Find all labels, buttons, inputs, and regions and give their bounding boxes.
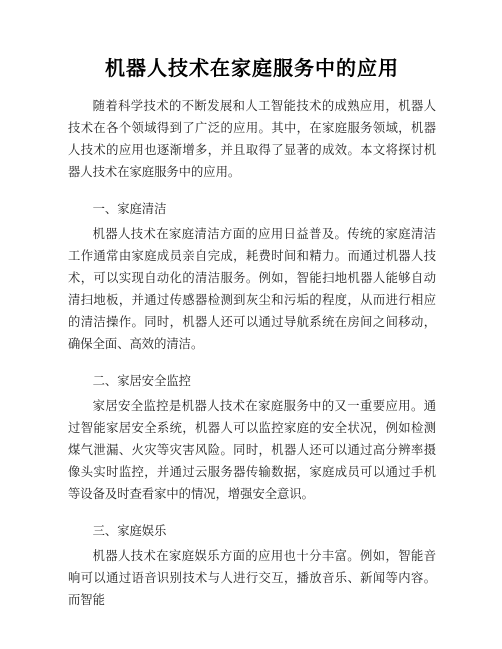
section-heading-3: 三、家庭娱乐 xyxy=(68,520,436,542)
intro-paragraph: 随着科学技术的不断发展和人工智能技术的成熟应用，机器人技术在各个领域得到了广泛的… xyxy=(68,95,436,183)
section-body-2: 家居安全监控是机器人技术在家庭服务中的又一重要应用。通过智能家居安全系统，机器人… xyxy=(68,395,436,505)
section-heading-2: 二、家居安全监控 xyxy=(68,370,436,392)
document-page: 机器人技术在家庭服务中的应用 随着科学技术的不断发展和人工智能技术的成熟应用，机… xyxy=(0,0,502,649)
document-title: 机器人技术在家庭服务中的应用 xyxy=(68,57,436,82)
section-heading-1: 一、家庭清洁 xyxy=(68,198,436,220)
section-body-1: 机器人技术在家庭清洁方面的应用日益普及。传统的家庭清洁工作通常由家庭成员亲自完成… xyxy=(68,223,436,355)
section-body-3: 机器人技术在家庭娱乐方面的应用也十分丰富。例如，智能音响可以通过语音识别技术与人… xyxy=(68,545,436,611)
